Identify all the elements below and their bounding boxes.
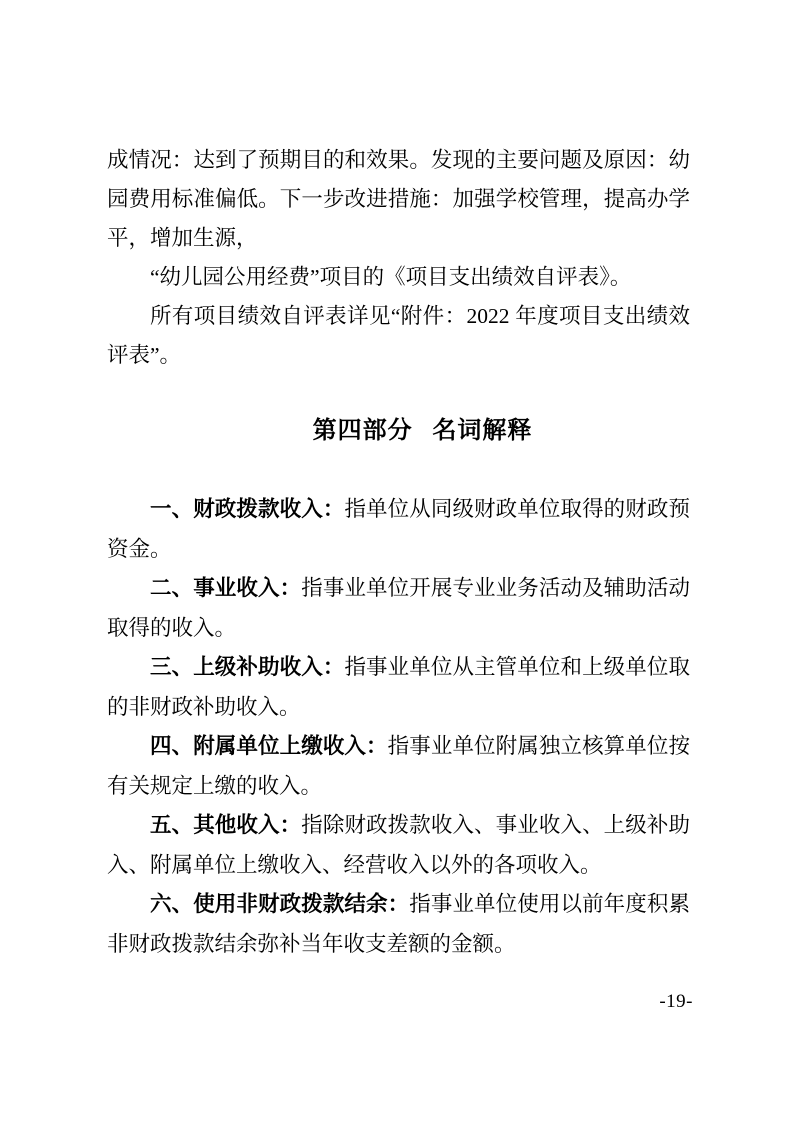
term-item: 六、使用非财政拨款结余：指事业单位使用以前年度积累的 非财政拨款结余弥补当年收支… <box>107 885 690 964</box>
term-second-line: 非财政拨款结余弥补当年收支差额的金额。 <box>107 925 690 965</box>
term-first-line: 三、上级补助收入：指事业单位从主管单位和上级单位取得 <box>107 648 690 688</box>
body-text-line: 园费用标准偏低。下一步改进措施：加强学校管理，提高办学水 <box>107 180 690 219</box>
intro-paragraph: 成情况：达到了预期目的和效果。发现的主要问题及原因：幼儿 园费用标准偏低。下一步… <box>107 141 690 258</box>
term-label: 六、使用非财政拨款结余： <box>150 892 409 916</box>
page-number: -19- <box>659 991 693 1013</box>
body-text-line: 所有项目绩效自评表详见“附件：2022 年度项目支出绩效自 <box>107 297 690 336</box>
term-item: 五、其他收入：指除财政拨款收入、事业收入、上级补助收 入、附属单位上缴收入、经营… <box>107 806 690 885</box>
term-label: 三、上级补助收入： <box>150 655 344 679</box>
term-item: 二、事业收入：指事业单位开展专业业务活动及辅助活动所 取得的收入。 <box>107 569 690 648</box>
term-first-line: 六、使用非财政拨款结余：指事业单位使用以前年度积累的 <box>107 885 690 925</box>
term-label: 五、其他收入： <box>150 813 301 837</box>
term-item: 一、财政拨款收入：指单位从同级财政单位取得的财政预算 资金。 <box>107 490 690 569</box>
term-first-line: 一、财政拨款收入：指单位从同级财政单位取得的财政预算 <box>107 490 690 530</box>
term-item: 三、上级补助收入：指事业单位从主管单位和上级单位取得 的非财政补助收入。 <box>107 648 690 727</box>
body-text-line: 成情况：达到了预期目的和效果。发现的主要问题及原因：幼儿 <box>107 141 690 180</box>
term-second-line: 有关规定上缴的收入。 <box>107 767 690 807</box>
term-first-line: 四、附属单位上缴收入：指事业单位附属独立核算单位按照 <box>107 727 690 767</box>
attachment-paragraph: 所有项目绩效自评表详见“附件：2022 年度项目支出绩效自 评表”。 <box>107 297 690 375</box>
term-second-line: 取得的收入。 <box>107 609 690 649</box>
section-heading: 第四部分 名词解释 <box>107 416 690 446</box>
body-text-line: “幼儿园公用经费”项目的《项目支出绩效自评表》。 <box>107 258 690 297</box>
document-page: 成情况：达到了预期目的和效果。发现的主要问题及原因：幼儿 园费用标准偏低。下一步… <box>0 0 793 1122</box>
term-first-line: 二、事业收入：指事业单位开展专业业务活动及辅助活动所 <box>107 569 690 609</box>
term-item: 四、附属单位上缴收入：指事业单位附属独立核算单位按照 有关规定上缴的收入。 <box>107 727 690 806</box>
page-content: 成情况：达到了预期目的和效果。发现的主要问题及原因：幼儿 园费用标准偏低。下一步… <box>107 0 690 964</box>
body-text-line: 平，增加生源， <box>107 219 690 258</box>
term-second-line: 资金。 <box>107 530 690 570</box>
body-text-line: 评表”。 <box>107 336 690 375</box>
term-first-line: 五、其他收入：指除财政拨款收入、事业收入、上级补助收 <box>107 806 690 846</box>
term-label: 一、财政拨款收入： <box>150 497 344 521</box>
term-second-line: 入、附属单位上缴收入、经营收入以外的各项收入。 <box>107 846 690 886</box>
term-second-line: 的非财政补助收入。 <box>107 688 690 728</box>
term-label: 四、附属单位上缴收入： <box>150 734 388 758</box>
terms-list: 一、财政拨款收入：指单位从同级财政单位取得的财政预算 资金。 二、事业收入：指事… <box>107 490 690 964</box>
project-paragraph: “幼儿园公用经费”项目的《项目支出绩效自评表》。 <box>107 258 690 297</box>
term-label: 二、事业收入： <box>150 576 301 600</box>
